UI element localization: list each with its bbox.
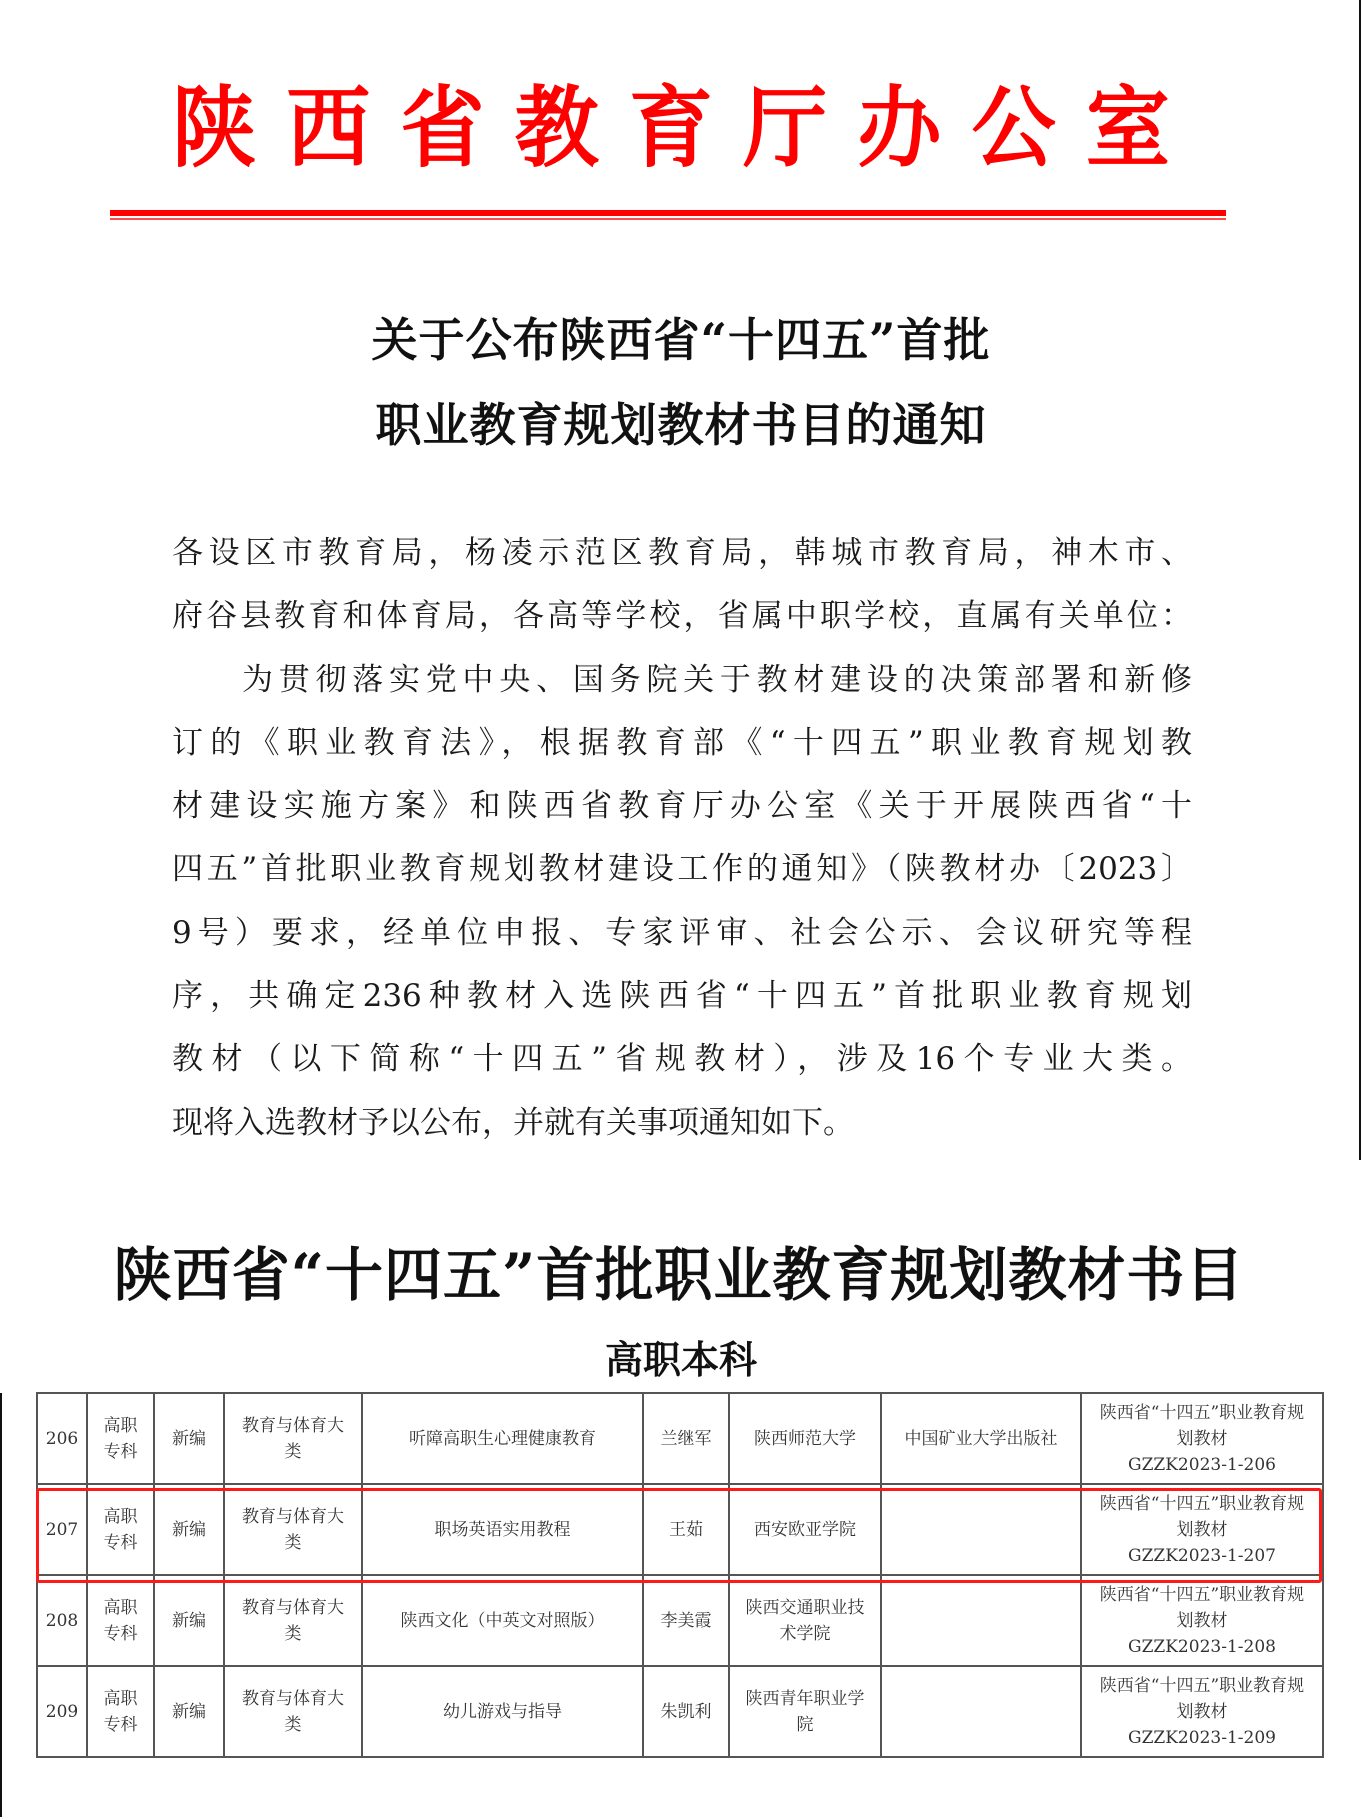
notice-title-line-1: 关于公布陕西省“十四五”首批: [0, 310, 1362, 370]
cell-school: 陕西青年职业学院: [729, 1666, 881, 1757]
label-text: 陕西省“十四五”职业教育规划教材: [1086, 1582, 1318, 1634]
notice-title-line-2: 职业教育规划教材书目的通知: [0, 395, 1362, 455]
table-row: 209 高职专科 新编 教育与体育大类 幼儿游戏与指导 朱凯利 陕西青年职业学院…: [37, 1666, 1323, 1757]
letterhead-char: 办: [857, 76, 941, 181]
cell-publisher: [881, 1484, 1081, 1575]
letterhead-char: 室: [1086, 76, 1170, 181]
cell-book-title: 听障高职生心理健康教育: [362, 1393, 643, 1484]
letterhead-char: 公: [972, 76, 1056, 181]
label-text: 陕西省“十四五”职业教育规划教材: [1086, 1491, 1318, 1543]
letterhead-char: 陕: [172, 76, 256, 181]
label-text: 陕西省“十四五”职业教育规划教材: [1086, 1400, 1318, 1452]
label-code: GZZK2023-1-209: [1086, 1725, 1318, 1751]
body-line: 为贯彻落实党中央、国务院关于教材建设的决策部署和新修: [172, 649, 1192, 712]
cell-level: 高职专科: [87, 1575, 154, 1666]
cell-category: 教育与体育大类: [224, 1666, 362, 1757]
cell-level: 高职专科: [87, 1666, 154, 1757]
label-code: GZZK2023-1-207: [1086, 1543, 1318, 1569]
cell-type: 新编: [154, 1666, 224, 1757]
cell-book-title: 职场英语实用教程: [362, 1484, 643, 1575]
letterhead-issuer: 陕 西 省 教 育 厅 办 公 室: [110, 78, 1226, 178]
label-text: 陕西省“十四五”职业教育规划教材: [1086, 1673, 1318, 1725]
page-edge-right: [1359, 0, 1361, 1160]
cell-publisher: [881, 1666, 1081, 1757]
cell-book-title: 陕西文化（中英文对照版）: [362, 1575, 643, 1666]
catalog-subtitle: 高职本科: [0, 1335, 1362, 1385]
recipients-line: 各设区市教育局，杨凌示范区教育局，韩城市教育局，神木市、: [172, 522, 1192, 585]
cell-no: 207: [37, 1484, 87, 1575]
cell-author: 朱凯利: [643, 1666, 729, 1757]
letterhead-divider-thin: [110, 218, 1226, 220]
page-edge-left: [0, 1393, 2, 1817]
cell-school: 陕西师范大学: [729, 1393, 881, 1484]
body-line: 9号）要求，经单位申报、专家评审、社会公示、会议研究等程: [172, 902, 1192, 965]
cell-level: 高职专科: [87, 1393, 154, 1484]
table-row: 206 高职专科 新编 教育与体育大类 听障高职生心理健康教育 兰继军 陕西师范…: [37, 1393, 1323, 1484]
cell-no: 206: [37, 1393, 87, 1484]
cell-publisher: 中国矿业大学出版社: [881, 1393, 1081, 1484]
body-line: 订的《职业教育法》，根据教育部《“十四五”职业教育规划教: [172, 712, 1192, 775]
cell-book-title: 幼儿游戏与指导: [362, 1666, 643, 1757]
cell-label: 陕西省“十四五”职业教育规划教材 GZZK2023-1-208: [1081, 1575, 1323, 1666]
table-row: 208 高职专科 新编 教育与体育大类 陕西文化（中英文对照版） 李美霞 陕西交…: [37, 1575, 1323, 1666]
cell-school: 陕西交通职业技术学院: [729, 1575, 881, 1666]
cell-label: 陕西省“十四五”职业教育规划教材 GZZK2023-1-206: [1081, 1393, 1323, 1484]
cell-type: 新编: [154, 1393, 224, 1484]
body-line: 教材（以下简称“十四五”省规教材），涉及16个专业大类。: [172, 1028, 1192, 1091]
cell-category: 教育与体育大类: [224, 1393, 362, 1484]
catalog-title: 陕西省“十四五”首批职业教育规划教材书目: [36, 1240, 1322, 1310]
table-row-highlighted: 207 高职专科 新编 教育与体育大类 职场英语实用教程 王茹 西安欧亚学院 陕…: [37, 1484, 1323, 1575]
cell-level: 高职专科: [87, 1484, 154, 1575]
cell-category: 教育与体育大类: [224, 1575, 362, 1666]
letterhead-char: 省: [400, 76, 484, 181]
letterhead-char: 育: [629, 76, 713, 181]
cell-author: 兰继军: [643, 1393, 729, 1484]
cell-publisher: [881, 1575, 1081, 1666]
body-line: 序，共确定236种教材入选陕西省“十四五”首批职业教育规划: [172, 965, 1192, 1028]
catalog-table: 206 高职专科 新编 教育与体育大类 听障高职生心理健康教育 兰继军 陕西师范…: [36, 1392, 1324, 1758]
body-line: 材建设实施方案》和陕西省教育厅办公室《关于开展陕西省“十: [172, 775, 1192, 838]
body-line: 四五”首批职业教育规划教材建设工作的通知》（陕教材办〔2023〕: [172, 838, 1192, 901]
cell-label: 陕西省“十四五”职业教育规划教材 GZZK2023-1-207: [1081, 1484, 1323, 1575]
cell-type: 新编: [154, 1575, 224, 1666]
cell-author: 李美霞: [643, 1575, 729, 1666]
letterhead-char: 西: [286, 76, 370, 181]
label-code: GZZK2023-1-208: [1086, 1634, 1318, 1660]
notice-body: 各设区市教育局，杨凌示范区教育局，韩城市教育局，神木市、 府谷县教育和体育局，各…: [172, 522, 1192, 1155]
cell-category: 教育与体育大类: [224, 1484, 362, 1575]
body-line: 现将入选教材予以公布，并就有关事项通知如下。: [172, 1092, 1192, 1155]
letterhead-char: 教: [515, 76, 599, 181]
letterhead-char: 厅: [743, 76, 827, 181]
cell-label: 陕西省“十四五”职业教育规划教材 GZZK2023-1-209: [1081, 1666, 1323, 1757]
cell-author: 王茹: [643, 1484, 729, 1575]
cell-school: 西安欧亚学院: [729, 1484, 881, 1575]
cell-no: 209: [37, 1666, 87, 1757]
cell-type: 新编: [154, 1484, 224, 1575]
recipients-line: 府谷县教育和体育局，各高等学校，省属中职学校，直属有关单位：: [172, 585, 1192, 648]
cell-no: 208: [37, 1575, 87, 1666]
letterhead-divider-thick: [110, 210, 1226, 216]
label-code: GZZK2023-1-206: [1086, 1452, 1318, 1478]
